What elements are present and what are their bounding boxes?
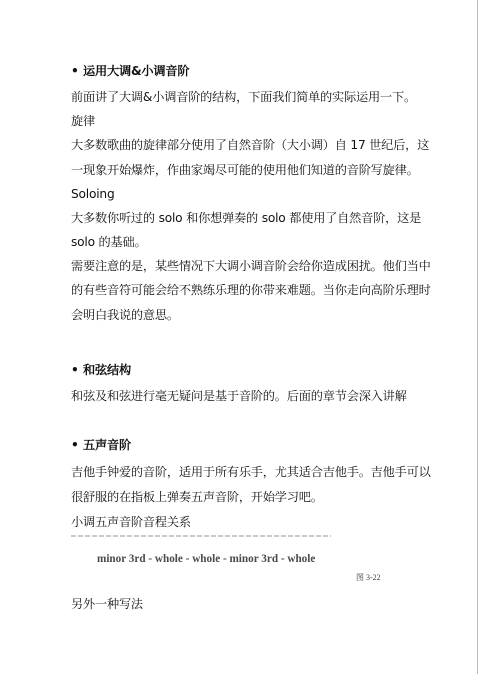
paragraph-line: 会明白我说的意思。 [71, 307, 179, 323]
bullet-icon: • [71, 63, 83, 79]
paragraph-line: 前面讲了大调&小调音阶的结构，下面我们简单的实际运用一下。 [71, 89, 416, 105]
paragraph-line: 另外一种写法 [71, 596, 143, 612]
paragraph-line: 大多数歌曲的旋律部分使用了自然音阶（大小调）自 17 世纪后，这 [71, 137, 429, 153]
figure-interval-formula: minor 3rd - whole - whole - minor 3rd - … [97, 553, 315, 565]
section-heading-major-minor: •运用大调&小调音阶 [71, 63, 189, 79]
paragraph-line: 的有些音符可能会给不熟练乐理的你带来难题。当你走向高阶乐理时 [71, 282, 431, 298]
figure-caption: 图 3-22 [356, 572, 381, 583]
bullet-icon: • [71, 362, 83, 378]
section-heading-chord-structure: •和弦结构 [71, 362, 131, 378]
paragraph-line: 大多数你听过的 solo 和你想弹奏的 solo 都使用了自然音阶，这是 [71, 210, 421, 226]
subheading-melody: 旋律 [71, 113, 95, 129]
paragraph-line: 很舒服的在指板上弹奏五声音阶，开始学习吧。 [71, 489, 323, 505]
figure-intro-line: 小调五声音阶音程关系 [71, 514, 191, 530]
paragraph-line: 一现象开始爆炸，作曲家竭尽可能的使用他们知道的音阶写旋律。 [71, 162, 419, 178]
paragraph-line: 需要注意的是，某些情况下大调小调音阶会给你造成困扰。他们当中 [71, 258, 431, 274]
subheading-soloing: Soloing [71, 186, 114, 202]
section-heading-pentatonic: •五声音阶 [71, 437, 131, 453]
bullet-icon: • [71, 437, 83, 453]
figure-clipped-text-row [71, 534, 331, 538]
paragraph-line: 吉他手钟爱的音阶，适用于所有乐手，尤其适合吉他手。吉他手可以 [71, 464, 431, 480]
paragraph-line: solo 的基础。 [71, 234, 146, 250]
paragraph-line: 和弦及和弦进行毫无疑问是基于音阶的。后面的章节会深入讲解 [71, 388, 407, 404]
heading-text: 和弦结构 [83, 363, 131, 377]
heading-text: 运用大调&小调音阶 [83, 64, 189, 78]
heading-text: 五声音阶 [83, 438, 131, 452]
